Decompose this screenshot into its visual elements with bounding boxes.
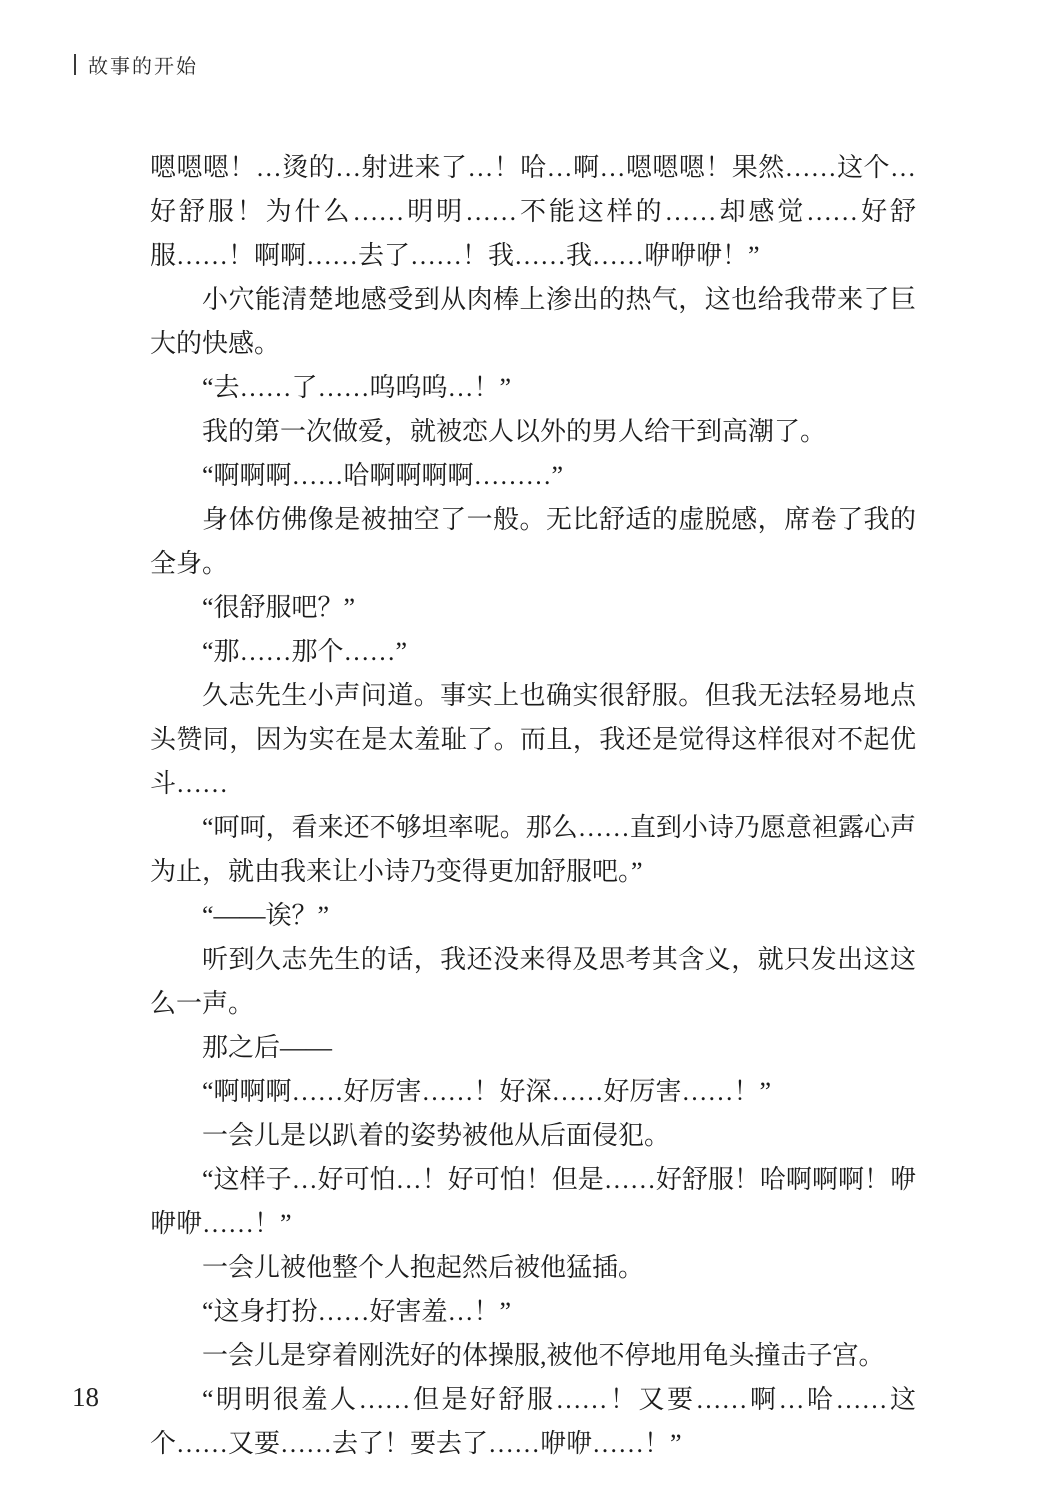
paragraph: 一会儿是以趴着的姿势被他从后面侵犯。 — [150, 1114, 916, 1158]
page-number: 18 — [72, 1382, 99, 1413]
paragraph: “很舒服吧？” — [150, 586, 916, 630]
paragraph: 身体仿佛像是被抽空了一般。无比舒适的虚脱感，席卷了我的全身。 — [150, 498, 916, 586]
paragraph: “那……那个……” — [150, 630, 916, 674]
body-text: 嗯嗯嗯！…烫的…射进来了…！哈…啊…嗯嗯嗯！果然……这个…好舒服！为什么……明明… — [150, 146, 916, 1466]
book-page: 故事的开始 嗯嗯嗯！…烫的…射进来了…！哈…啊…嗯嗯嗯！果然……这个…好舒服！为… — [0, 0, 1062, 1500]
paragraph: 我的第一次做爱，就被恋人以外的男人给干到高潮了。 — [150, 410, 916, 454]
paragraph: 听到久志先生的话，我还没来得及思考其含义，就只发出这这么一声。 — [150, 938, 916, 1026]
paragraph: “啊啊啊……哈啊啊啊啊………” — [150, 454, 916, 498]
header-divider-bar — [74, 54, 76, 75]
paragraph: “啊啊啊……好厉害……！好深……好厉害……！” — [150, 1070, 916, 1114]
chapter-title: 故事的开始 — [88, 50, 198, 79]
paragraph: “这身打扮……好害羞…！” — [150, 1290, 916, 1334]
paragraph: 那之后—— — [150, 1026, 916, 1070]
paragraph: “去……了……呜呜呜…！” — [150, 366, 916, 410]
paragraph: “明明很羞人……但是好舒服……！又要……啊…哈……这个……又要……去了！要去了…… — [150, 1378, 916, 1466]
paragraph: “呵呵，看来还不够坦率呢。那么……直到小诗乃愿意袒露心声为止，就由我来让小诗乃变… — [150, 806, 916, 894]
paragraph: “这样子…好可怕…！好可怕！但是……好舒服！哈啊啊啊！咿咿咿……！” — [150, 1158, 916, 1246]
paragraph: 嗯嗯嗯！…烫的…射进来了…！哈…啊…嗯嗯嗯！果然……这个…好舒服！为什么……明明… — [150, 146, 916, 278]
running-header: 故事的开始 — [74, 50, 198, 79]
paragraph: 小穴能清楚地感受到从肉棒上渗出的热气，这也给我带来了巨大的快感。 — [150, 278, 916, 366]
paragraph: 一会儿被他整个人抱起然后被他猛插。 — [150, 1246, 916, 1290]
paragraph: 久志先生小声问道。事实上也确实很舒服。但我无法轻易地点头赞同，因为实在是太羞耻了… — [150, 674, 916, 806]
paragraph: 一会儿是穿着刚洗好的体操服,被他不停地用龟头撞击子宫。 — [150, 1334, 916, 1378]
paragraph: “——诶？” — [150, 894, 916, 938]
